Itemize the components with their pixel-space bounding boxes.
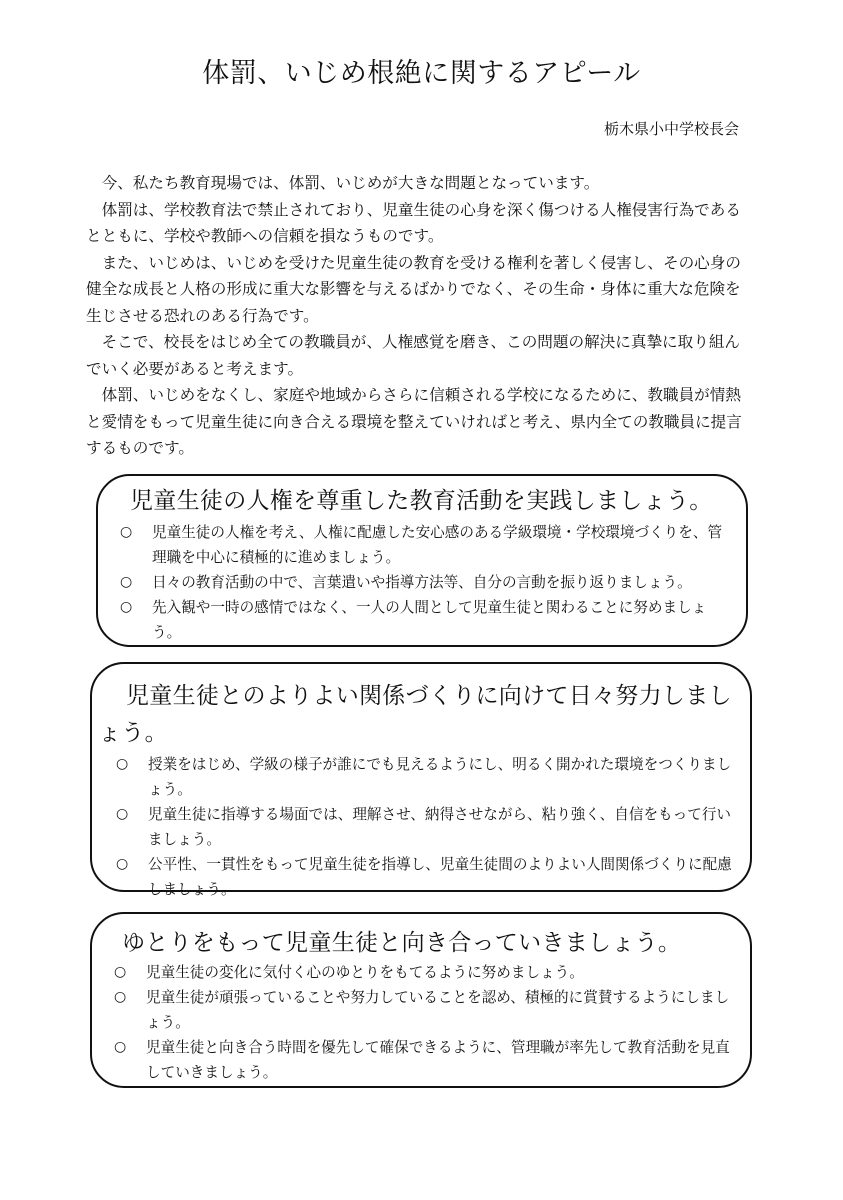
item-text: 公平性、一貫性をもって児童生徒を指導し、児童生徒間のよりよい人間関係づくりに配慮… <box>148 852 734 902</box>
intro-paragraph: そこで、校長をはじめ全ての教職員が、人権感覚を磨き、この問題の解決に真摯に取り組… <box>86 329 752 382</box>
circle-bullet-icon: ○ <box>114 1035 146 1060</box>
appeal-section-2: 児童生徒とのよりよい関係づくりに向けて日々努力しましょう。 ○ 授業をはじめ、学… <box>90 662 752 892</box>
list-item: ○ 授業をはじめ、学級の様子が誰にでも見えるようにし、明るく開かれた環境をつくり… <box>116 752 734 802</box>
list-item: ○ 先入観や一時の感情ではなく、一人の人間として児童生徒と関わることに努めましょ… <box>120 595 726 645</box>
intro-paragraph: また、いじめは、いじめを受けた児童生徒の教育を受ける権利を著しく侵害し、その心身… <box>86 250 752 330</box>
circle-bullet-icon: ○ <box>116 752 148 777</box>
circle-bullet-icon: ○ <box>120 570 152 595</box>
section-heading: ゆとりをもって児童生徒と向き合っていきましょう。 <box>92 914 750 960</box>
intro-paragraph: 体罰、いじめをなくし、家庭や地域からさらに信頼される学校になるために、教職員が情… <box>86 382 752 462</box>
item-text: 児童生徒の変化に気付く心のゆとりをもてるように努めましょう。 <box>146 960 734 985</box>
section-items: ○ 授業をはじめ、学級の様子が誰にでも見えるようにし、明るく開かれた環境をつくり… <box>92 752 750 902</box>
appeal-section-1: 児童生徒の人権を尊重した教育活動を実践しましょう。 ○ 児童生徒の人権を考え、人… <box>96 474 748 647</box>
appeal-section-3: ゆとりをもって児童生徒と向き合っていきましょう。 ○ 児童生徒の変化に気付く心の… <box>90 912 752 1088</box>
organization-name: 栃木県小中学校長会 <box>604 119 739 139</box>
intro-paragraph: 今、私たち教育現場では、体罰、いじめが大きな問題となっています。 <box>86 170 752 197</box>
section-heading: 児童生徒とのよりよい関係づくりに向けて日々努力しましょう。 <box>92 664 750 752</box>
list-item: ○ 日々の教育活動の中で、言葉遣いや指導方法等、自分の言動を振り返りましょう。 <box>120 570 726 595</box>
page-title: 体罰、いじめ根絶に関するアピール <box>0 56 843 92</box>
list-item: ○ 児童生徒と向き合う時間を優先して確保できるように、管理職が率先して教育活動を… <box>114 1035 734 1085</box>
intro-text: 今、私たち教育現場では、体罰、いじめが大きな問題となっています。 体罰は、学校教… <box>86 170 752 462</box>
circle-bullet-icon: ○ <box>120 520 152 545</box>
section-heading: 児童生徒の人権を尊重した教育活動を実践しましょう。 <box>98 476 746 518</box>
list-item: ○ 児童生徒の人権を考え、人権に配慮した安心感のある学級環境・学校環境づくりを、… <box>120 520 726 570</box>
item-text: 先入観や一時の感情ではなく、一人の人間として児童生徒と関わることに努めましょう。 <box>152 595 726 645</box>
item-text: 児童生徒の人権を考え、人権に配慮した安心感のある学級環境・学校環境づくりを、管理… <box>152 520 726 570</box>
item-text: 児童生徒と向き合う時間を優先して確保できるように、管理職が率先して教育活動を見直… <box>146 1035 734 1085</box>
section-items: ○ 児童生徒の人権を考え、人権に配慮した安心感のある学級環境・学校環境づくりを、… <box>98 518 746 645</box>
circle-bullet-icon: ○ <box>114 985 146 1010</box>
item-text: 児童生徒に指導する場面では、理解させ、納得させながら、粘り強く、自信をもって行い… <box>148 802 734 852</box>
list-item: ○ 児童生徒の変化に気付く心のゆとりをもてるように努めましょう。 <box>114 960 734 985</box>
list-item: ○ 公平性、一貫性をもって児童生徒を指導し、児童生徒間のよりよい人間関係づくりに… <box>116 852 734 902</box>
circle-bullet-icon: ○ <box>120 595 152 620</box>
circle-bullet-icon: ○ <box>116 802 148 827</box>
item-text: 授業をはじめ、学級の様子が誰にでも見えるようにし、明るく開かれた環境をつくりまし… <box>148 752 734 802</box>
list-item: ○ 児童生徒に指導する場面では、理解させ、納得させながら、粘り強く、自信をもって… <box>116 802 734 852</box>
circle-bullet-icon: ○ <box>114 960 146 985</box>
circle-bullet-icon: ○ <box>116 852 148 877</box>
intro-paragraph: 体罰は、学校教育法で禁止されており、児童生徒の心身を深く傷つける人権侵害行為であ… <box>86 197 752 250</box>
list-item: ○ 児童生徒が頑張っていることや努力していることを認め、積極的に賞賛するようにし… <box>114 985 734 1035</box>
section-items: ○ 児童生徒の変化に気付く心のゆとりをもてるように努めましょう。 ○ 児童生徒が… <box>92 960 750 1085</box>
item-text: 日々の教育活動の中で、言葉遣いや指導方法等、自分の言動を振り返りましょう。 <box>152 570 726 595</box>
item-text: 児童生徒が頑張っていることや努力していることを認め、積極的に賞賛するようにしまし… <box>146 985 734 1035</box>
